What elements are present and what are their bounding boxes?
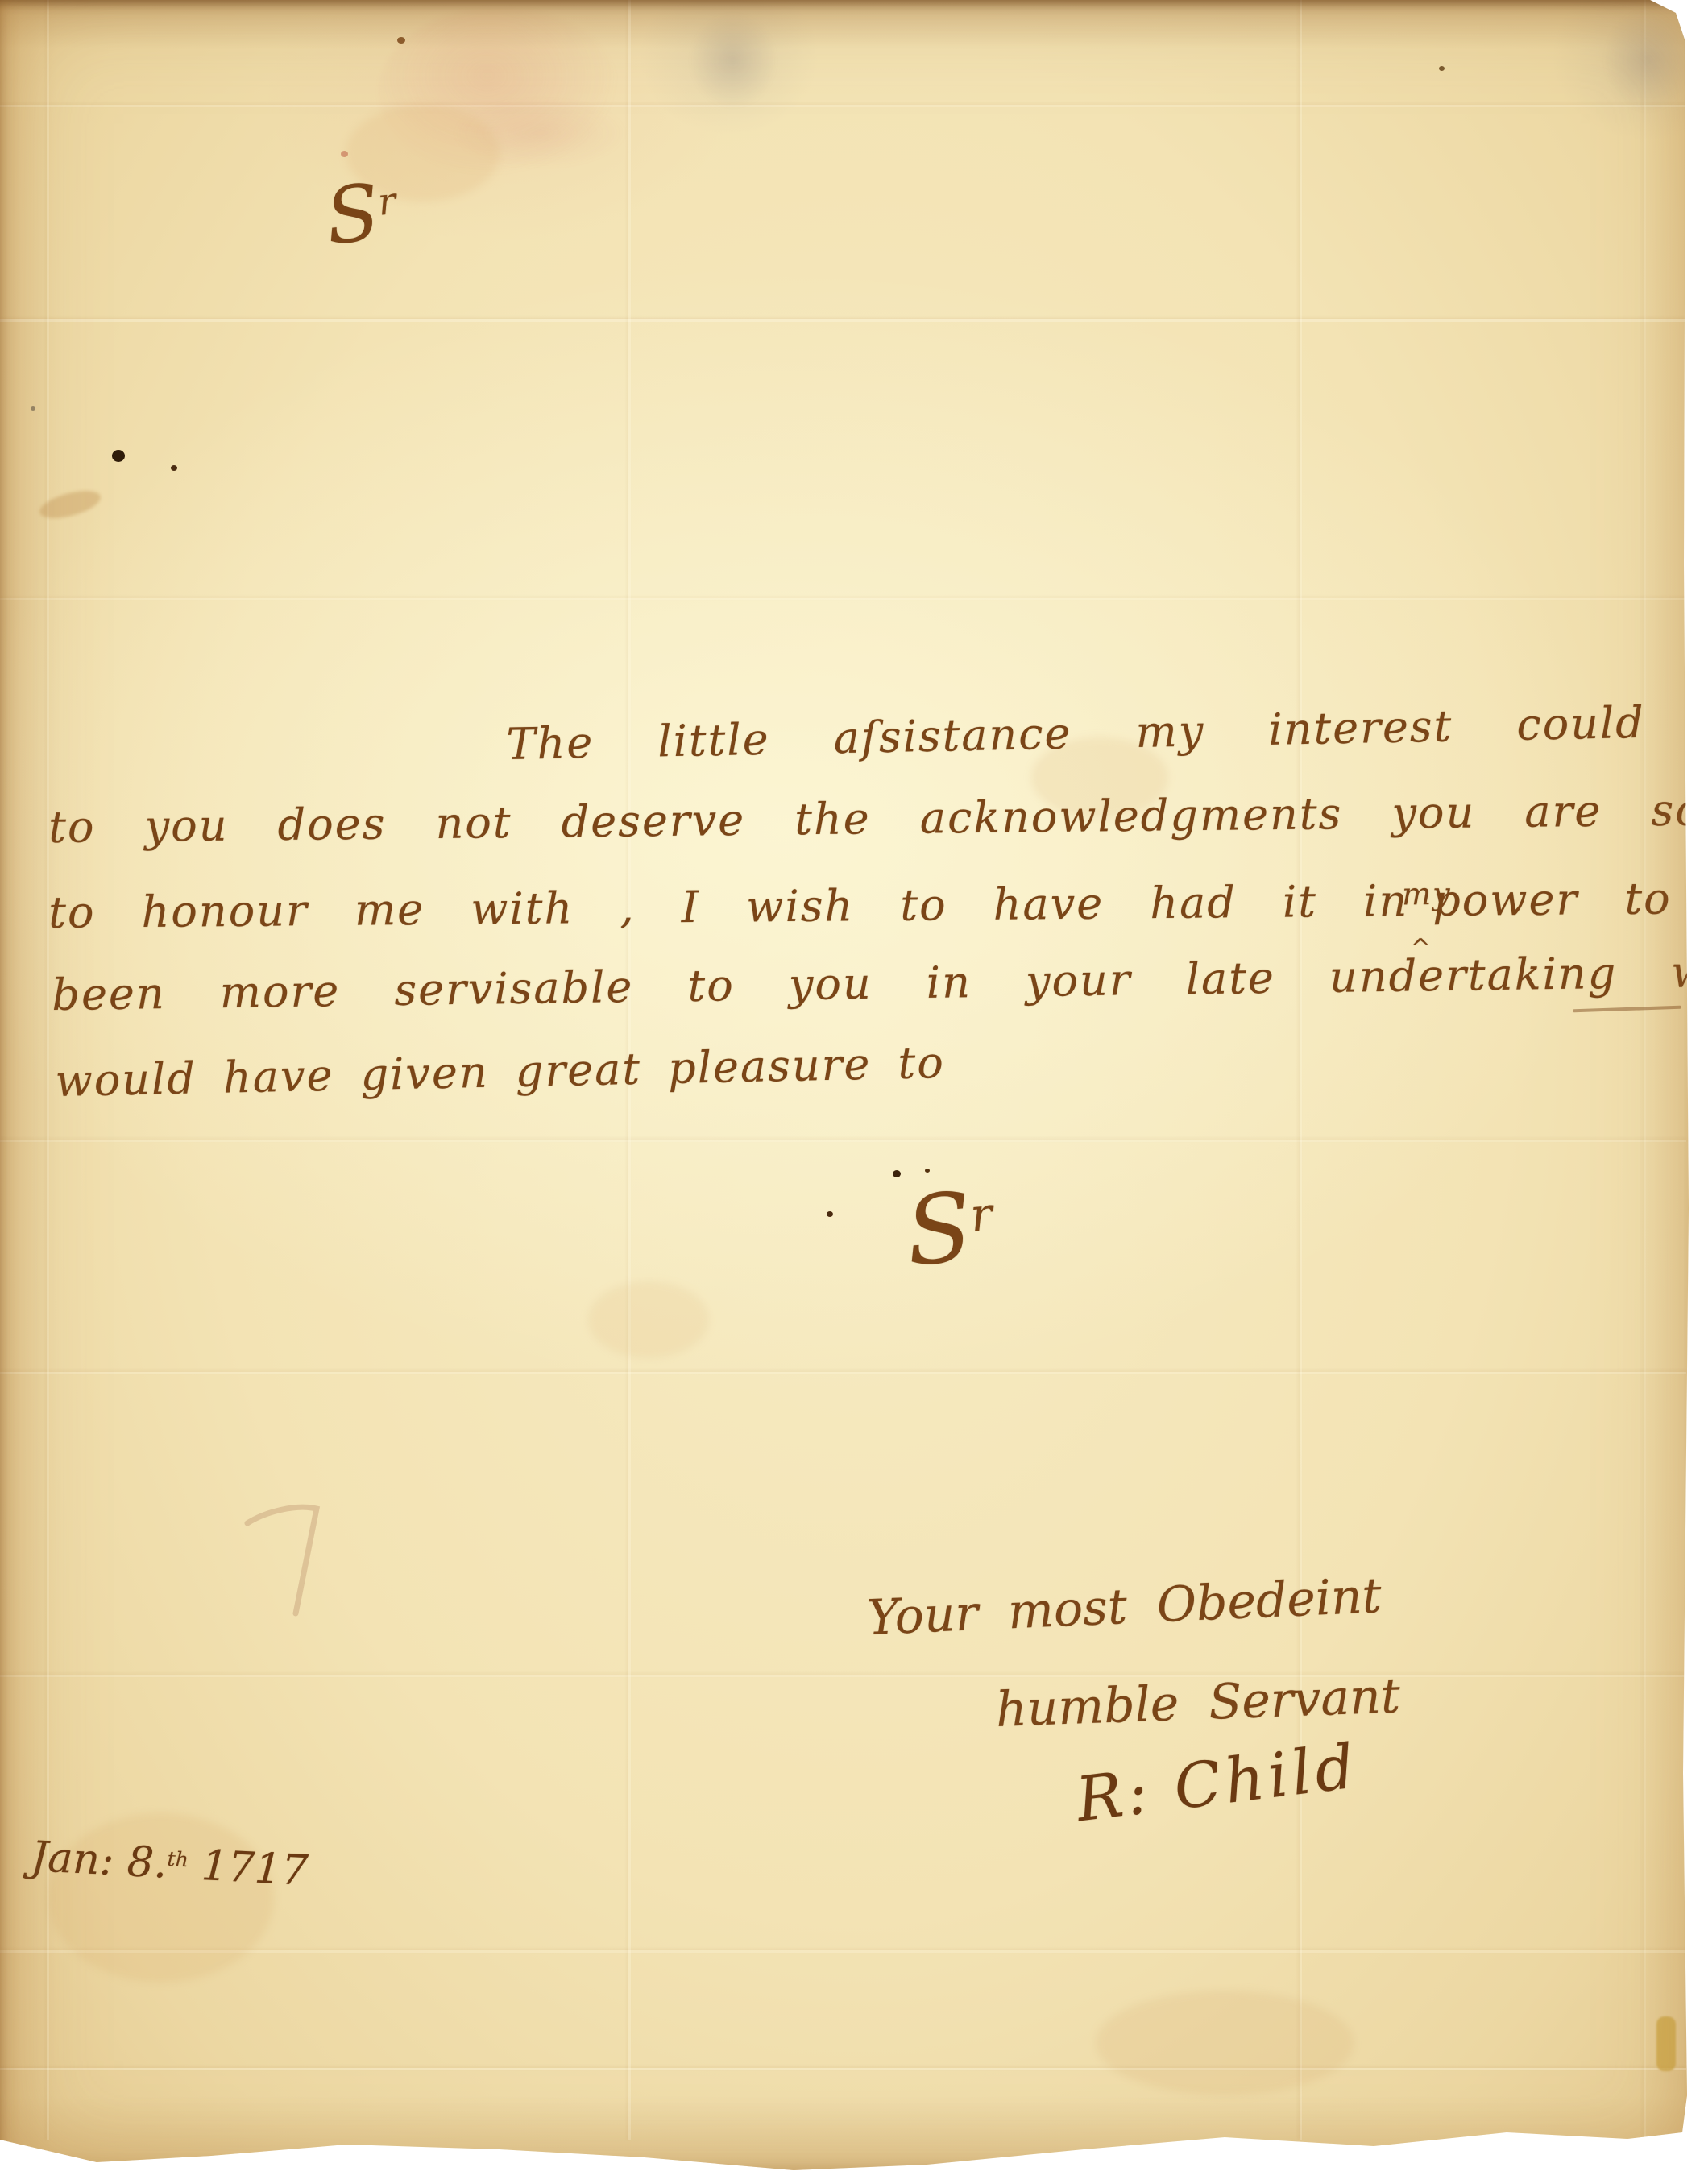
closing-line-1: Your most Obedeint bbox=[866, 1572, 1383, 1642]
date-year: 1717 bbox=[187, 1841, 309, 1895]
body-line-1: The little aſsistance my interest could … bbox=[506, 699, 1704, 766]
inner-salutation: Sr bbox=[902, 1177, 997, 1280]
date-ordinal-suffix: th bbox=[167, 1846, 189, 1871]
fold-line-vertical bbox=[1300, 0, 1302, 2140]
fold-line-horizontal bbox=[0, 1675, 1686, 1677]
ink-speck bbox=[397, 37, 405, 44]
body-line-2: to you does not deserve the acknowledgme… bbox=[48, 786, 1704, 849]
ghost-numeral-7-mark bbox=[238, 1493, 342, 1621]
fold-line-vertical bbox=[1644, 0, 1646, 2140]
inner-salutation-initial: S bbox=[902, 1171, 976, 1288]
ink-speck bbox=[893, 1170, 901, 1177]
ink-speck bbox=[341, 151, 348, 157]
closing-line-2: humble Servant bbox=[995, 1671, 1401, 1733]
inner-salutation-superscript: r bbox=[968, 1187, 995, 1242]
ink-speck bbox=[31, 406, 35, 411]
signature: R: Child bbox=[1073, 1735, 1362, 1830]
body-line-4: been more servisable to you in your late… bbox=[52, 949, 1704, 1017]
insertion-word: my bbox=[1402, 878, 1452, 910]
fold-line-horizontal bbox=[0, 105, 1686, 107]
scanner-background: Sr The little aſsistance my interest cou… bbox=[0, 0, 1704, 2184]
fold-line-horizontal bbox=[0, 2068, 1686, 2070]
ink-speck bbox=[1439, 66, 1445, 71]
body-line-3-before: to honour me with , I wish to have had i… bbox=[48, 875, 1409, 938]
ink-speck bbox=[112, 450, 125, 462]
gray-smudge bbox=[689, 12, 777, 109]
fold-line-horizontal bbox=[0, 598, 1686, 600]
stain bbox=[588, 1281, 709, 1358]
flourish-stroke bbox=[1573, 1006, 1681, 1013]
gray-smudge bbox=[1603, 8, 1692, 113]
ink-speck bbox=[827, 1211, 833, 1217]
ink-speck bbox=[925, 1169, 930, 1173]
stain bbox=[37, 485, 104, 523]
fold-line-horizontal bbox=[0, 1140, 1686, 1142]
stain bbox=[1096, 1991, 1354, 2095]
body-line-5: would have given great pleasure to bbox=[55, 1041, 945, 1103]
date-month-day: Jan: 8. bbox=[30, 1833, 168, 1888]
fold-line-horizontal bbox=[0, 319, 1686, 322]
body-line-3: to honour me with , I wish to have had i… bbox=[48, 876, 1704, 935]
fold-line-horizontal bbox=[0, 1372, 1686, 1374]
letter-paper: Sr The little aſsistance my interest cou… bbox=[0, 0, 1704, 2184]
ink-speck bbox=[171, 465, 177, 471]
salutation-initial: S bbox=[321, 167, 384, 262]
fold-line-horizontal bbox=[0, 1950, 1686, 1953]
edge-mark bbox=[1656, 2016, 1676, 2071]
fold-line-vertical bbox=[47, 0, 49, 2140]
body-line-3-after: power to have bbox=[1432, 872, 1704, 926]
salutation: Sr bbox=[322, 172, 400, 256]
